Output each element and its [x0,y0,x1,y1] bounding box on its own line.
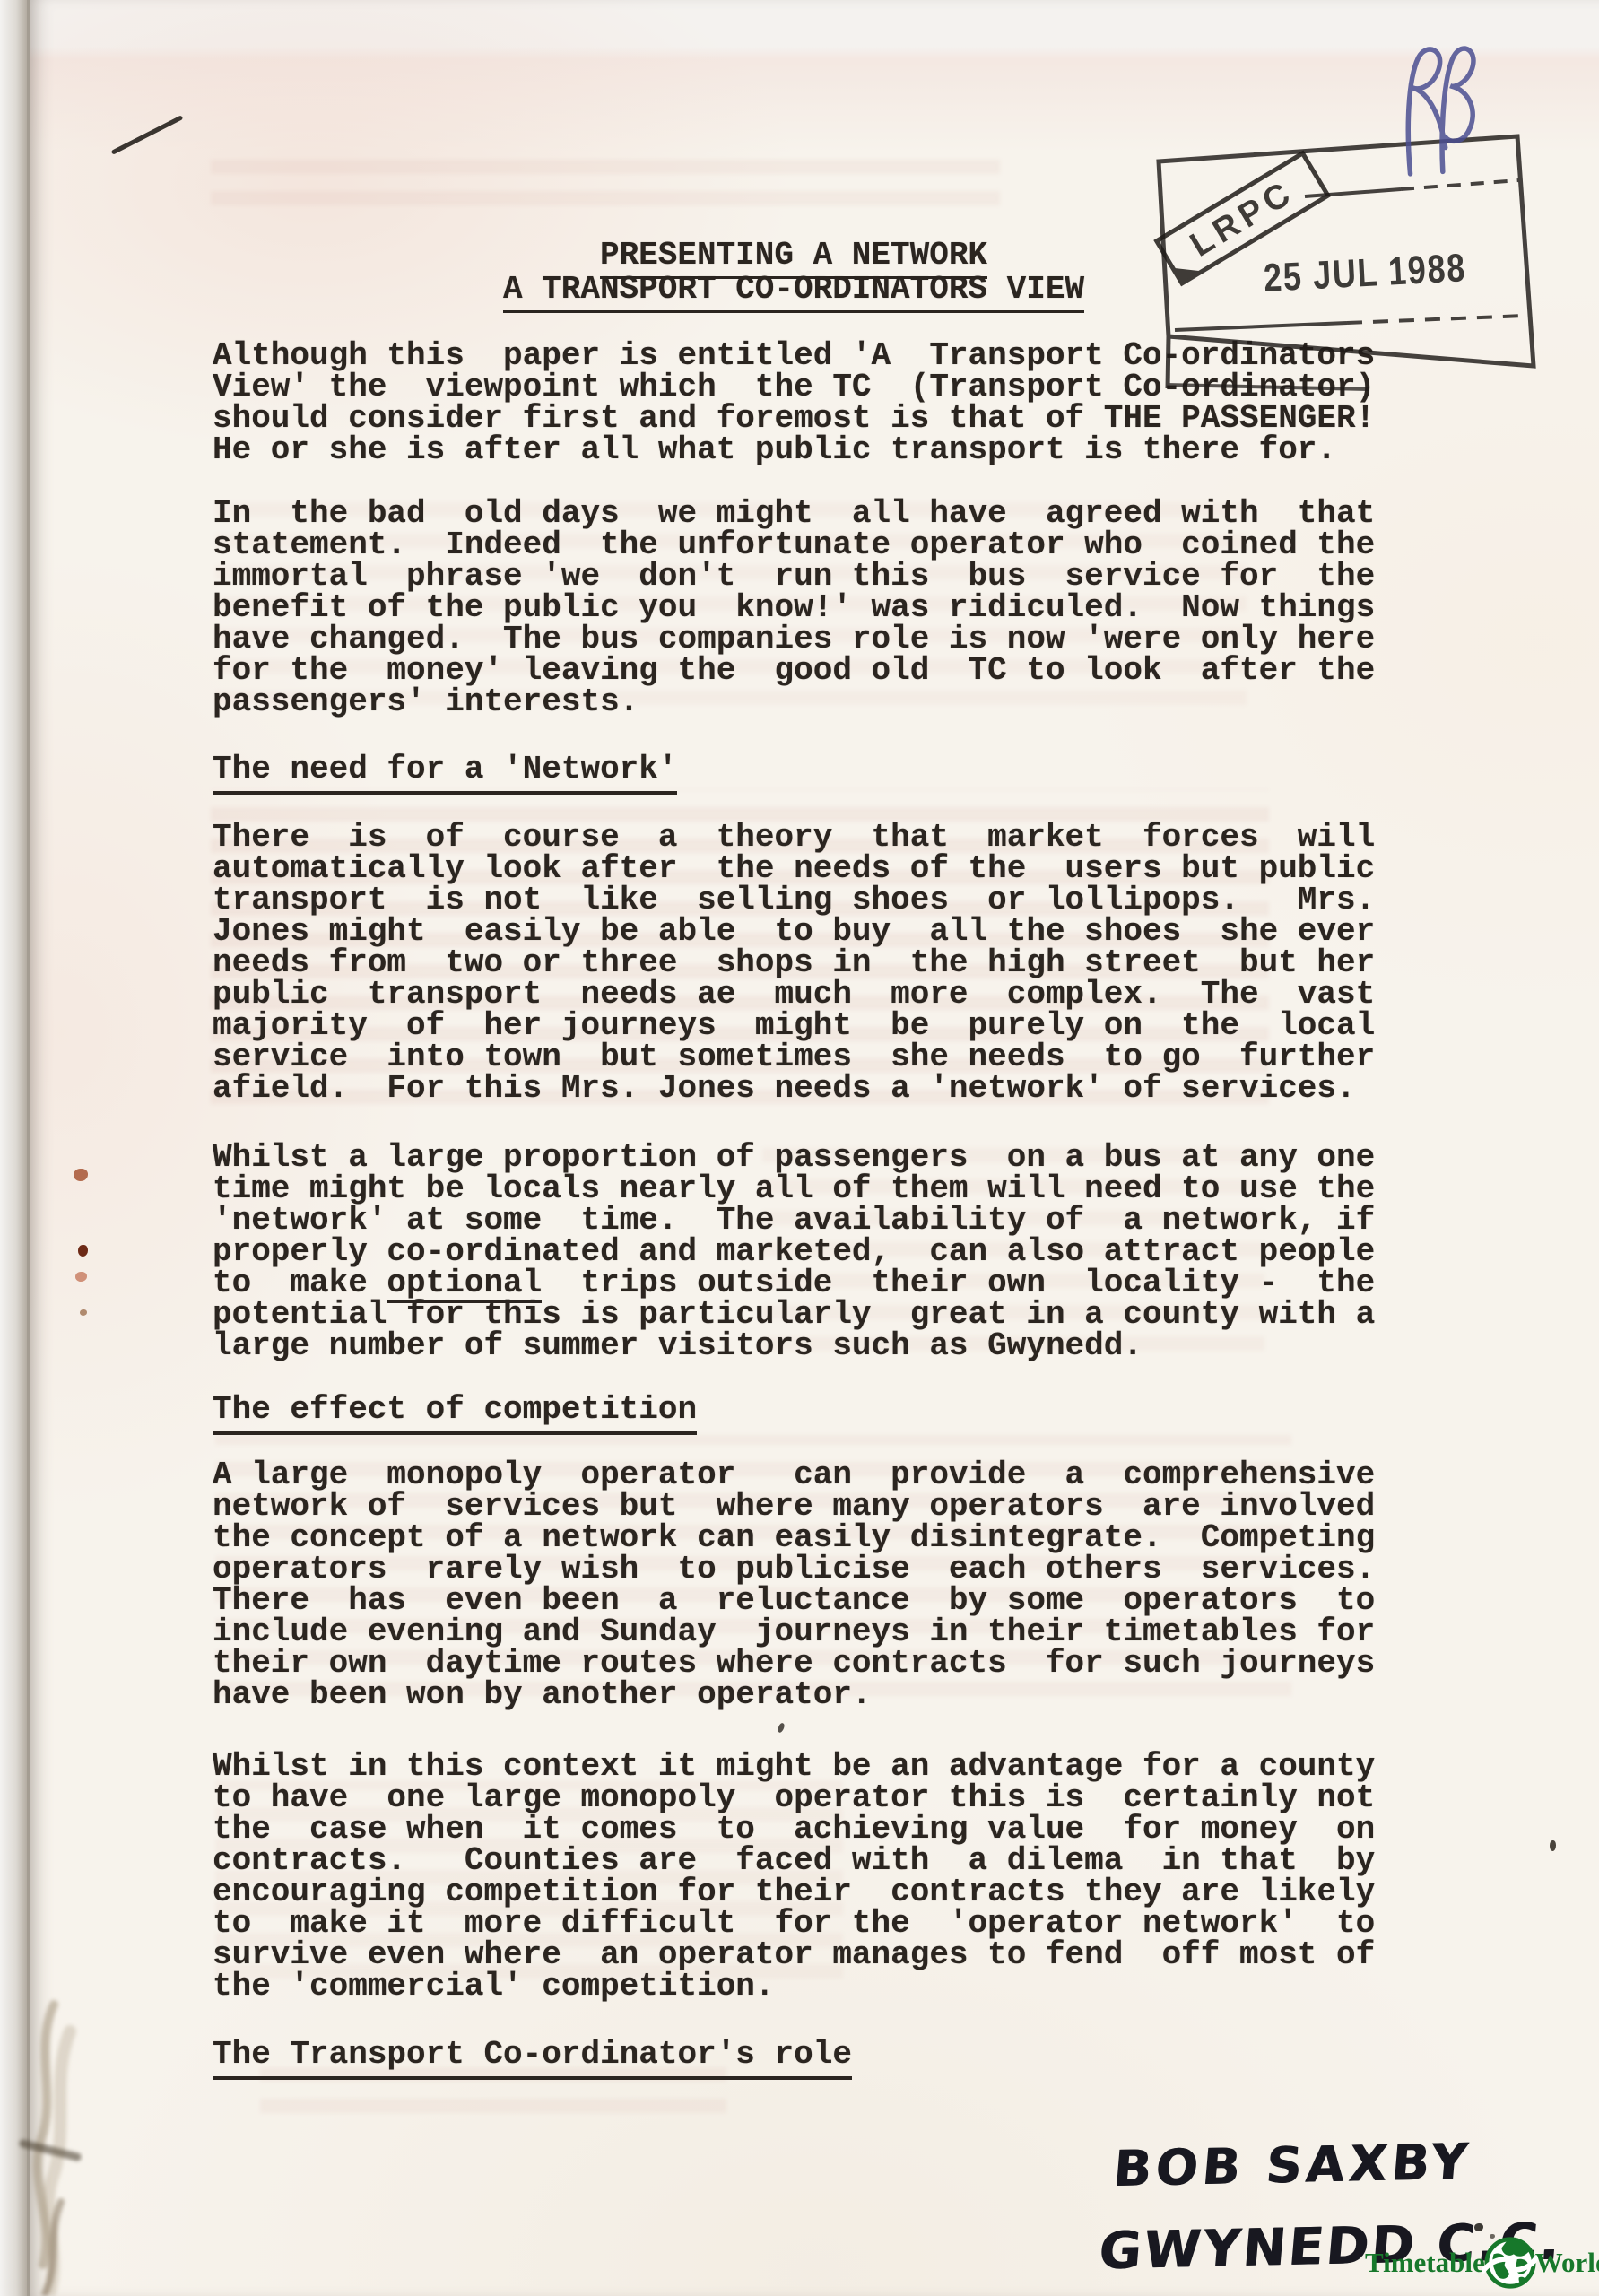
handwritten-initials-rb [1386,41,1493,198]
globe-icon [1482,2235,1538,2291]
section-heading-competition: The effect of competition [213,1394,697,1425]
signature-name: BOB SAXBY [1111,2133,1473,2197]
paragraph-2: In the bad old days we might all have ag… [213,498,1375,717]
watermark-word-right: World [1535,2235,1599,2291]
stamp-date-text: 25 JUL 1988 [1263,246,1467,300]
watermark-word-left: Timetable [1365,2235,1485,2291]
scanned-document-page: PRESENTING A NETWORK A TRANSPORT CO-ORDI… [0,0,1599,2296]
optional-word-underline [387,1300,542,1303]
paragraph-5: A large monopoly operator can provide a … [213,1459,1375,1710]
section-heading-tc-role: The Transport Co-ordinator's role [213,2039,852,2070]
section-heading-network: The need for a 'Network' [213,753,677,785]
timetable-world-watermark: Timetable World [1365,2235,1599,2291]
paragraph-4: Whilst a large proportion of passengers … [213,1142,1375,1361]
scanner-edge [0,0,27,2296]
lrpc-date-stamp: LRPC 25 JUL 1988 [1121,117,1569,413]
initials-strokes [1404,45,1478,178]
torn-paper-edge [7,1996,133,2296]
paragraph-6: Whilst in this context it might be an ad… [213,1751,1375,2002]
paragraph-3: There is of course a theory that market … [213,822,1375,1104]
